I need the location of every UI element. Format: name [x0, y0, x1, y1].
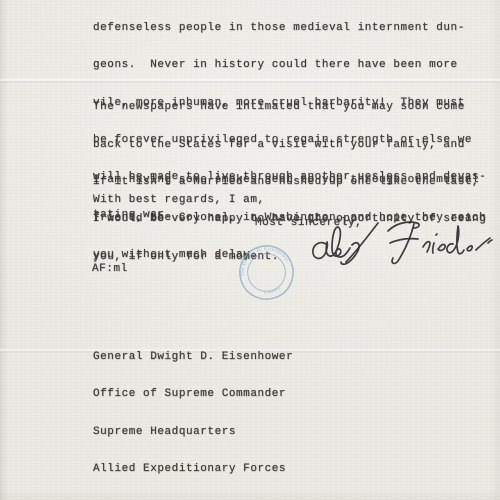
- recipient-line: Office of Supreme Commander: [93, 388, 293, 400]
- recipient-line: Allied Expeditionary Forces: [93, 463, 293, 475]
- typed-line: geons. Never in history could there have…: [93, 59, 486, 71]
- stamp-arc-top-text: The Dwight D. Eisenhower: [238, 244, 291, 278]
- recipient-line: Supreme Headquarters: [93, 426, 293, 438]
- archive-stamp: The Dwight D. Eisenhower Library: [238, 244, 295, 301]
- typed-line: I am having some smokes sent to you thro…: [93, 174, 486, 186]
- typed-line: defenseless people in those medieval int…: [93, 22, 486, 34]
- handwritten-signature: [300, 216, 496, 276]
- letter-page: defenseless people in those medieval int…: [0, 0, 500, 500]
- typist-initials: AF:ml: [92, 263, 128, 275]
- recipient-line: General Dwight D. Eisenhower: [93, 351, 293, 363]
- typed-line: The newspapers have intimated that you m…: [93, 101, 486, 113]
- closing-line: With best regards, I am,: [93, 194, 265, 206]
- svg-text:The Dwight D. Eisenhower: The Dwight D. Eisenhower: [238, 244, 291, 278]
- recipient-address-block: General Dwight D. Eisenhower Office of S…: [93, 326, 293, 500]
